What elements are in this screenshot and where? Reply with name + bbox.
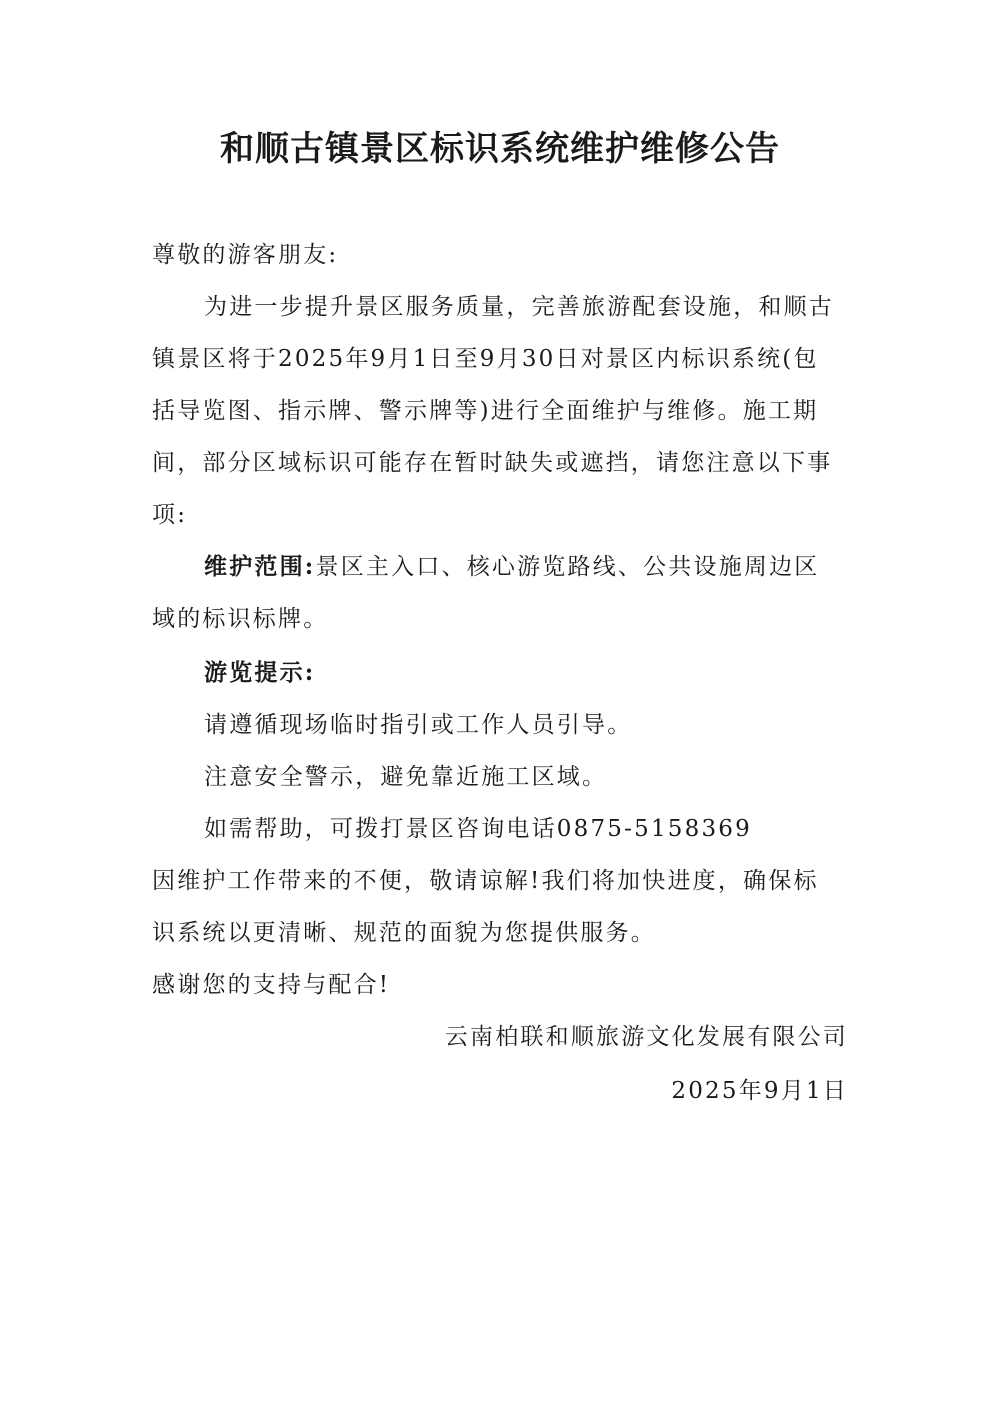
document-title: 和顺古镇景区标识系统维护维修公告 <box>0 124 1000 174</box>
intro-line: 项: <box>152 498 187 532</box>
tip-item: 注意安全警示，避免靠近施工区域。 <box>204 760 607 794</box>
apology-line: 识系统以更清晰、规范的面貌为您提供服务。 <box>152 916 656 950</box>
intro-line: 间，部分区域标识可能存在暂时缺失或遮挡，请您注意以下事 <box>152 446 832 480</box>
scope-line: 维护范围:景区主入口、核心游览路线、公共设施周边区 <box>204 550 820 584</box>
tip-item: 请遵循现场临时指引或工作人员引导。 <box>204 708 632 742</box>
company-name: 云南柏联和顺旅游文化发展有限公司 <box>445 1020 848 1054</box>
intro-line: 镇景区将于2025年9月1日至9月30日对景区内标识系统(包 <box>152 342 819 376</box>
thanks-line: 感谢您的支持与配合! <box>152 968 390 1002</box>
intro-line: 为进一步提升景区服务质量，完善旅游配套设施，和顺古 <box>204 290 834 324</box>
scope-line: 域的标识标牌。 <box>152 602 328 636</box>
notice-page: 和顺古镇景区标识系统维护维修公告 尊敬的游客朋友: 为进一步提升景区服务质量，完… <box>0 0 1000 1414</box>
tip-item-phone: 如需帮助，可拨打景区咨询电话0875-5158369 <box>204 812 752 846</box>
tips-label: 游览提示: <box>204 656 316 690</box>
intro-line: 括导览图、指示牌、警示牌等)进行全面维护与维修。施工期 <box>152 394 818 428</box>
apology-line: 因维护工作带来的不便，敬请谅解!我们将加快进度，确保标 <box>152 864 819 898</box>
salutation: 尊敬的游客朋友: <box>152 238 338 272</box>
signature-date: 2025年9月1日 <box>671 1074 848 1108</box>
scope-label: 维护范围: <box>204 553 316 580</box>
scope-text: 景区主入口、核心游览路线、公共设施周边区 <box>316 554 820 580</box>
